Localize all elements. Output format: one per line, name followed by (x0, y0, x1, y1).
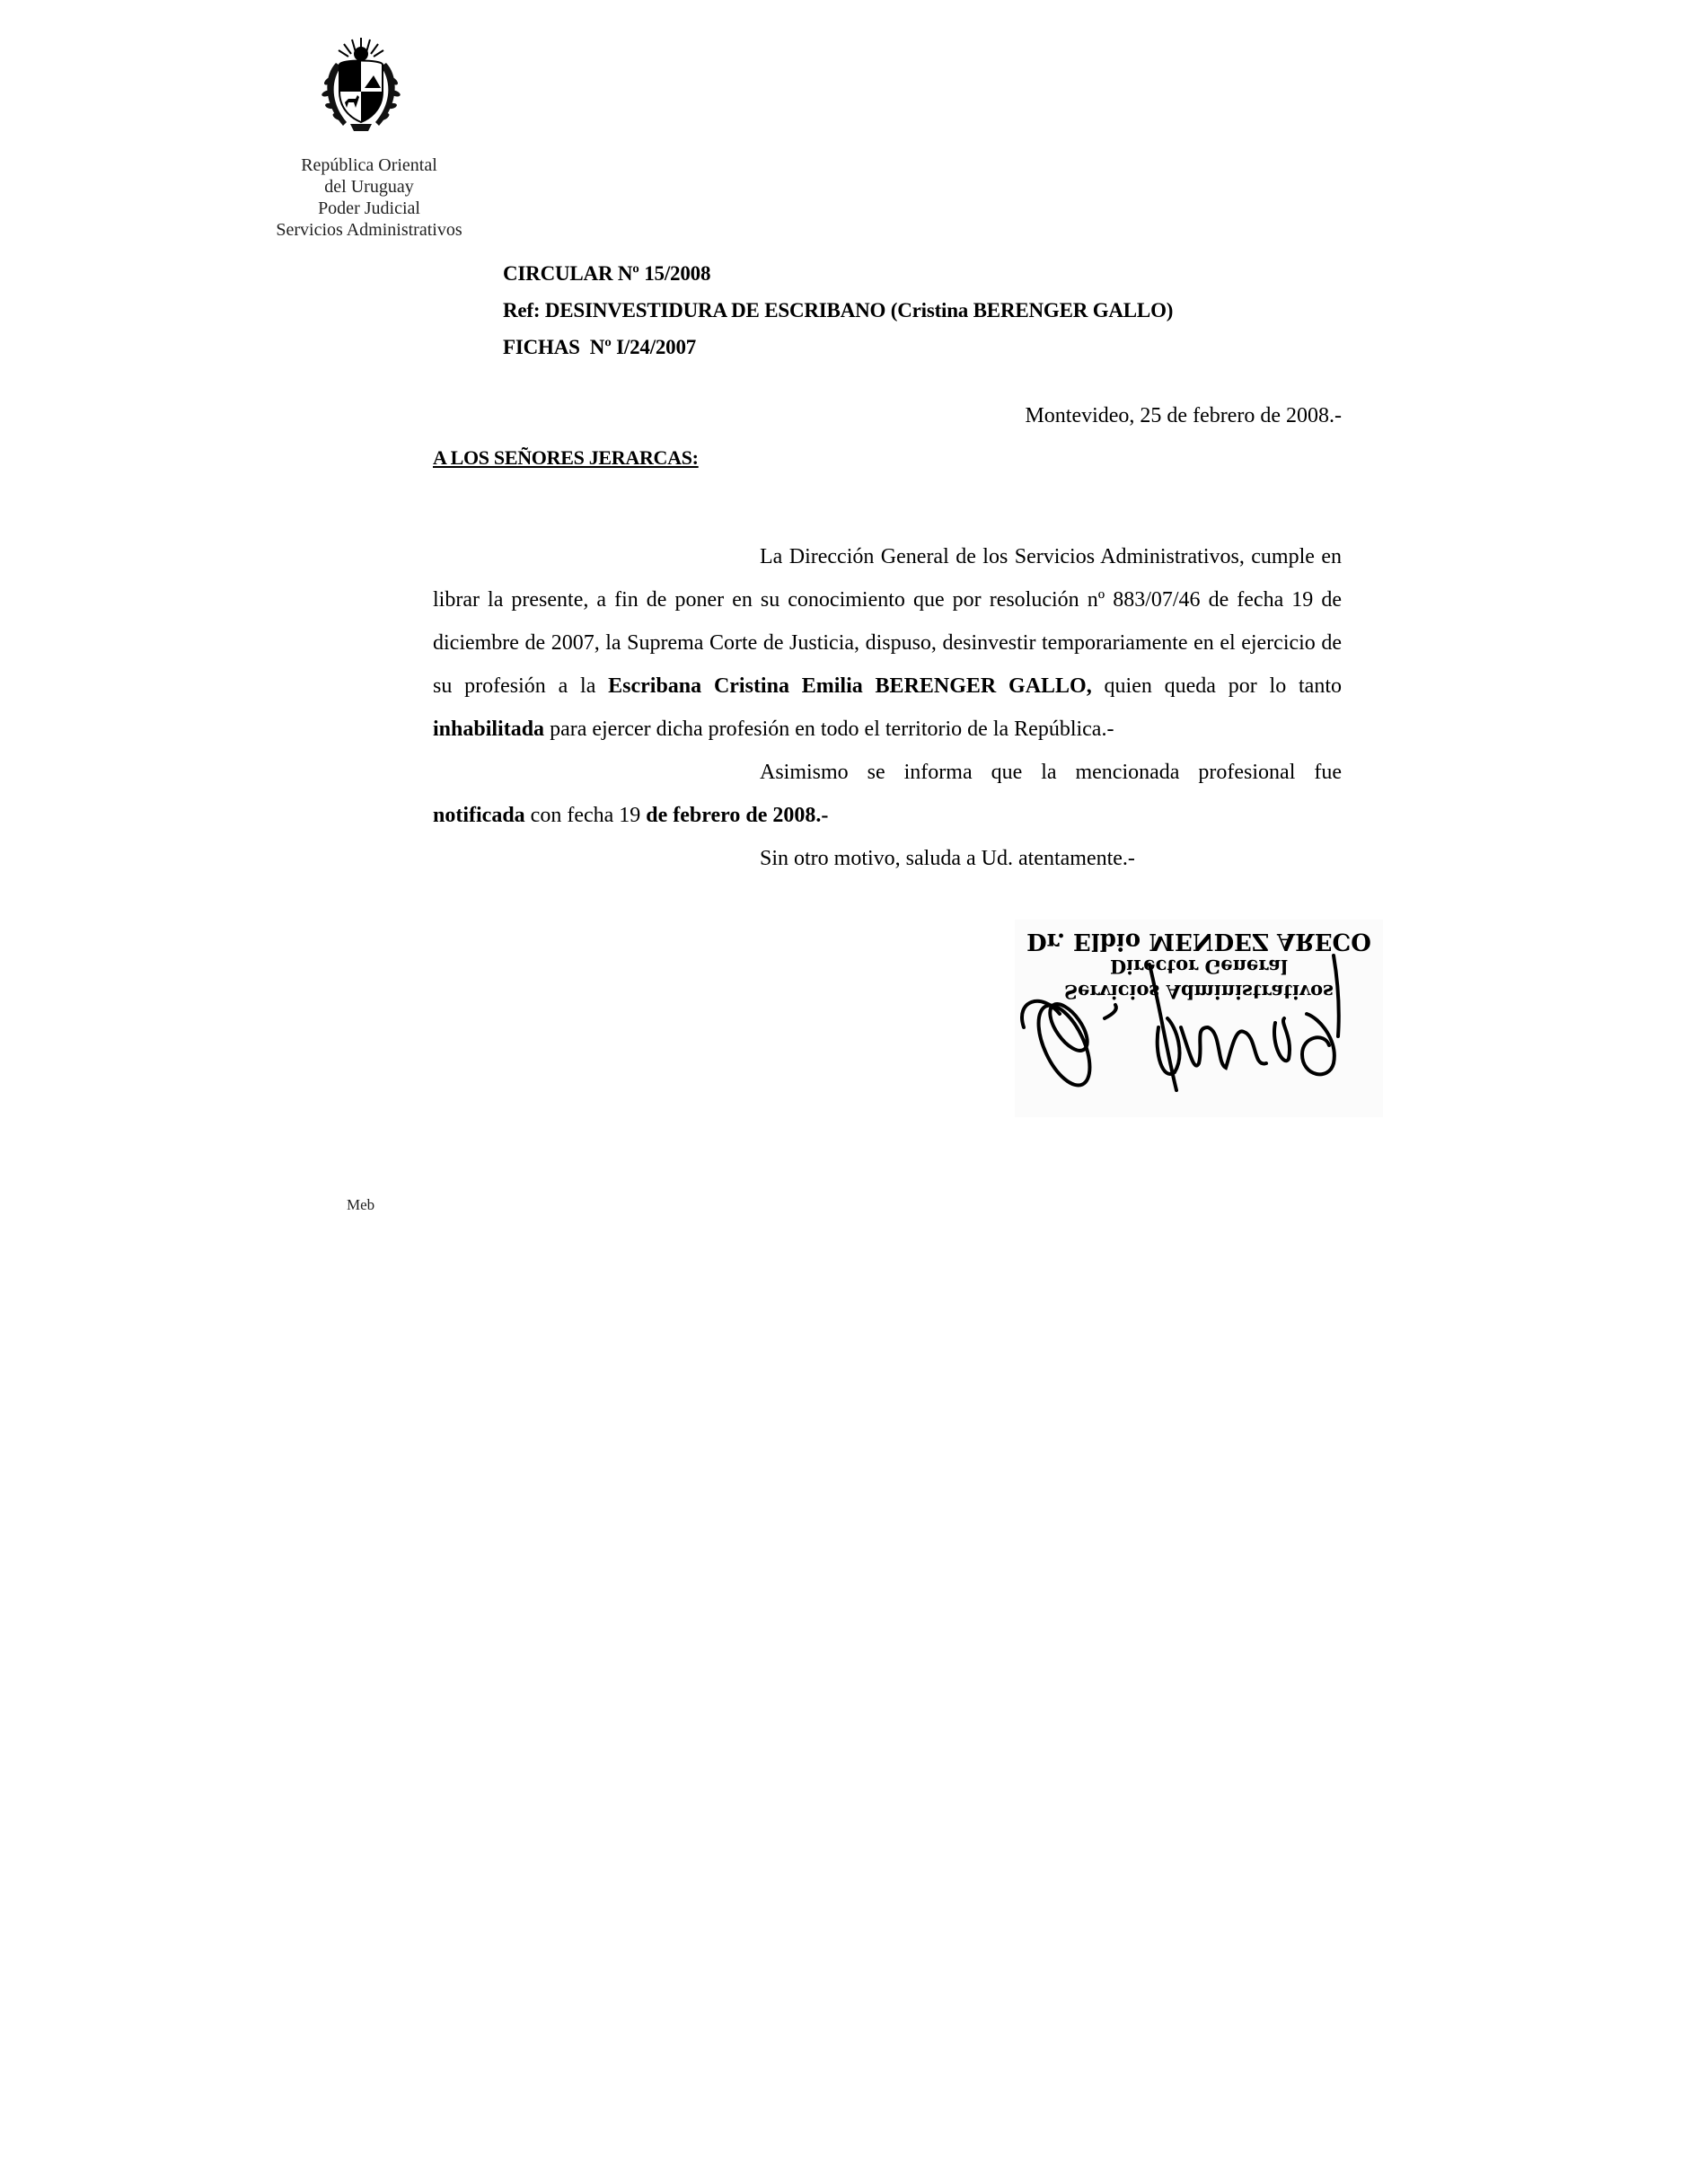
paragraph-2-text-c: 2008.- (767, 804, 828, 827)
notified-label: notificada (433, 804, 525, 827)
coat-of-arms-icon (316, 36, 406, 135)
circular-number: CIRCULAR Nº 15/2008 (503, 255, 1173, 292)
letterhead-line-1: República Oriental (251, 154, 487, 176)
paragraph-2-text: Asimismo se informa que la mencionada pr… (760, 761, 1342, 784)
letterhead-line-2: del Uruguay (251, 176, 487, 198)
typist-initials: Meb (347, 1196, 374, 1214)
date-line: Montevideo, 25 de febrero de 2008.- (898, 404, 1342, 428)
paragraph-3: Sin otro motivo, saluda a Ud. atentament… (433, 837, 1342, 880)
circular-header: CIRCULAR Nº 15/2008 Ref: DESINVESTIDURA … (503, 255, 1173, 365)
paragraph-2-text-b: con fecha 19 (525, 804, 647, 827)
letterhead-line-3: Poder Judicial (251, 198, 487, 219)
letterhead-line-4: Servicios Administrativos (251, 219, 487, 241)
letterhead-organization: República Oriental del Uruguay Poder Jud… (251, 154, 487, 241)
paragraph-1: La Dirección General de los Servicios Ad… (433, 535, 1342, 751)
salutation: A LOS SEÑORES JERARCAS: (433, 446, 699, 470)
file-number: FICHAS Nº I/24/2007 (503, 329, 1173, 365)
paragraph-2: Asimismo se informa que la mencionada pr… (433, 751, 1342, 837)
status-inhabilitada: inhabilitada (433, 718, 544, 741)
paragraph-1-text-c: para ejercer dicha profesión en todo el … (544, 718, 1114, 741)
paragraph-1-text-b: quien queda por lo tanto (1092, 674, 1342, 698)
letter-body: La Dirección General de los Servicios Ad… (433, 535, 1342, 880)
notary-name: Escribana Cristina Emilia BERENGER GALLO… (608, 674, 1092, 698)
notified-date: de febrero de (646, 804, 767, 827)
circular-reference: Ref: DESINVESTIDURA DE ESCRIBANO (Cristi… (503, 292, 1173, 329)
handwritten-signature-icon (1015, 920, 1383, 1117)
signature-block: Servicios Administrativos Director Gener… (1015, 920, 1383, 1117)
